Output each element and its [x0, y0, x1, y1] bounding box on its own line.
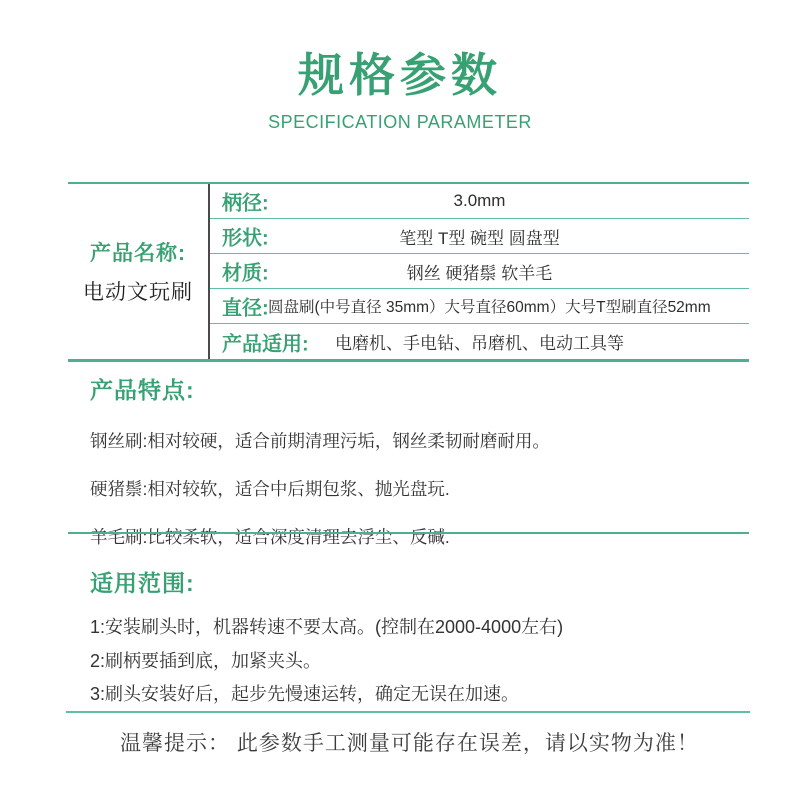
table-row-diameter: 直径: 圆盘刷(中号直径 35mm）大号直径60mm）大号T型刷直径52mm [210, 289, 749, 324]
row-value: 笔型 T型 碗型 圆盘型 [210, 224, 749, 249]
table-row-handle-diameter: 柄径: 3.0mm [210, 184, 749, 219]
scope-item-1: 1:安装刷头时，机器转速不要太高。(控制在2000-4000左右) [90, 611, 730, 645]
row-value: 圆盘刷(中号直径 35mm）大号直径60mm）大号T型刷直径52mm [210, 295, 749, 317]
row-label: 形状: [222, 222, 269, 251]
page-header: 规格参数 SPECIFICATION PARAMETER [0, 50, 800, 133]
spec-page: 规格参数 SPECIFICATION PARAMETER 产品名称: 电动文玩刷… [0, 0, 800, 800]
row-label: 产品适用: [222, 327, 309, 356]
features-section: 产品特点: 钢丝刷:相对较硬，适合前期清理污垢，钢丝柔韧耐磨耐用。 硬猪鬃:相对… [90, 372, 730, 549]
product-name-value: 电动文玩刷 [83, 276, 193, 306]
row-label: 柄径: [222, 187, 269, 216]
feature-item-wool-brush: 羊毛刷:比较柔软，适合深度清理去浮尘、反碱. [90, 524, 730, 549]
spec-table: 产品名称: 电动文玩刷 柄径: 3.0mm 形状: 笔型 T型 碗型 圆盘型 材… [68, 182, 749, 362]
footer-notice: 温馨提示： 此参数手工测量可能存在误差，请以实物为准！ [120, 727, 699, 757]
scope-item-3: 3:刷头安装好后，起步先慢速运转，确定无误在加速。 [90, 678, 730, 712]
scope-heading: 适用范围: [90, 565, 730, 598]
row-value: 3.0mm [210, 191, 749, 211]
scope-section: 适用范围: 1:安装刷头时，机器转速不要太高。(控制在2000-4000左右) … [90, 565, 730, 712]
spec-rows: 柄径: 3.0mm 形状: 笔型 T型 碗型 圆盘型 材质: 钢丝 硬猪鬃 软羊… [210, 184, 749, 359]
product-name-label: 产品名称: [90, 237, 186, 267]
footer-divider [66, 711, 750, 713]
feature-item-wire-brush: 钢丝刷:相对较硬，适合前期清理污垢，钢丝柔韧耐磨耐用。 [90, 428, 730, 453]
scope-items: 1:安装刷头时，机器转速不要太高。(控制在2000-4000左右) 2:刷柄要插… [90, 611, 730, 712]
table-row-shape: 形状: 笔型 T型 碗型 圆盘型 [210, 219, 749, 254]
table-row-material: 材质: 钢丝 硬猪鬃 软羊毛 [210, 254, 749, 289]
page-subtitle: SPECIFICATION PARAMETER [0, 112, 800, 133]
scope-item-2: 2:刷柄要插到底，加紧夹头。 [90, 645, 730, 679]
product-name-cell: 产品名称: 电动文玩刷 [68, 184, 210, 359]
features-heading: 产品特点: [90, 372, 730, 405]
feature-item-bristle: 硬猪鬃:相对较软，适合中后期包浆、抛光盘玩. [90, 476, 730, 501]
row-label: 直径: [222, 292, 269, 321]
row-label: 材质: [222, 257, 269, 286]
page-title: 规格参数 [0, 50, 800, 101]
table-row-application: 产品适用: 电磨机、手电钻、吊磨机、电动工具等 [210, 324, 749, 359]
section-divider [68, 532, 749, 534]
row-value: 钢丝 硬猪鬃 软羊毛 [210, 259, 749, 284]
